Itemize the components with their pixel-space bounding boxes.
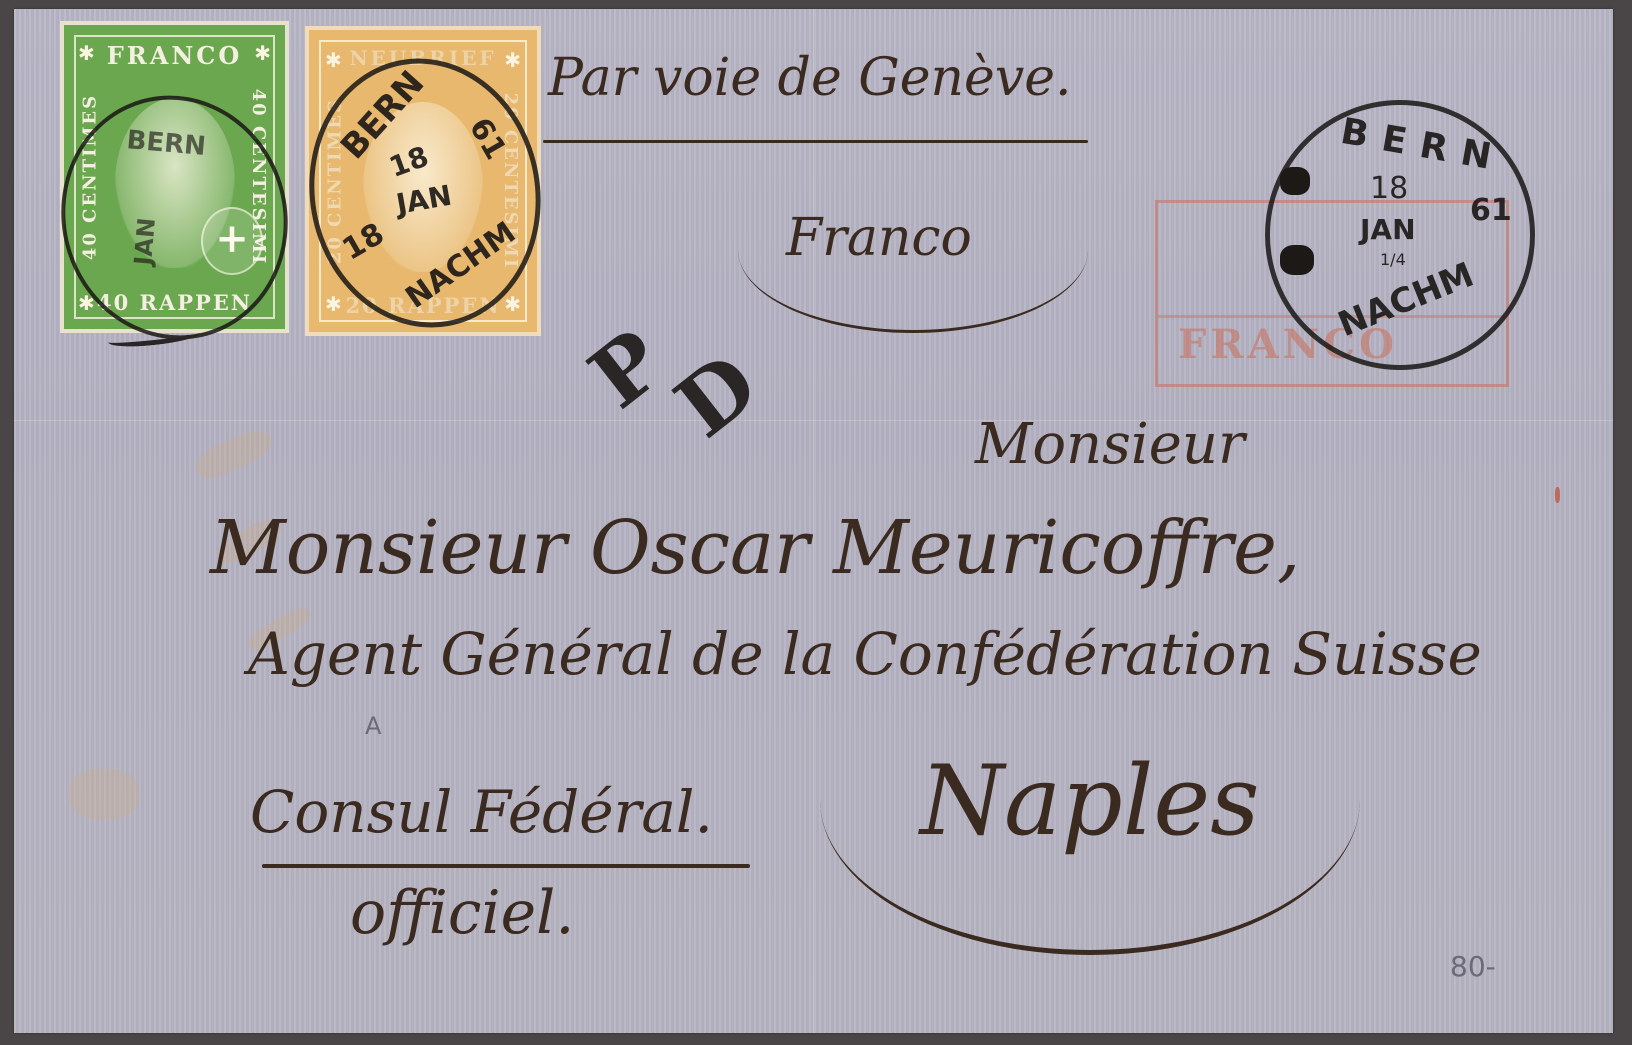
route-instruction: Par voie de Genève. xyxy=(548,48,1072,108)
addressee-line: Monsieur Oscar Meuricoffre, xyxy=(210,505,1300,591)
stain xyxy=(69,769,139,819)
postmark-day: 18 xyxy=(385,140,433,184)
postmark-month: JAN xyxy=(1360,213,1416,246)
postmark-day-2: 18 xyxy=(337,216,391,267)
stain xyxy=(191,424,276,485)
postmark-town: BERN xyxy=(125,125,207,162)
stamp-top-label: FRANCO xyxy=(64,41,285,70)
postmark-month: JAN xyxy=(129,217,161,267)
title-line: Agent Général de la Confédération Suisse xyxy=(248,620,1482,688)
postmark-hour: 1/4 xyxy=(1380,250,1406,269)
official-note: officiel. xyxy=(350,878,574,948)
salutation-top: Monsieur xyxy=(975,412,1245,477)
postmark-time: NACHM xyxy=(1333,255,1480,345)
pencil-mark: A xyxy=(365,712,381,740)
ink-blot xyxy=(1280,245,1314,275)
pencil-price: 80- xyxy=(1450,950,1496,983)
route-underline xyxy=(543,140,1088,143)
postmark-year: 61 xyxy=(462,112,513,166)
postmark-year: 61 xyxy=(1470,193,1512,228)
sender-underline xyxy=(262,864,750,868)
horizontal-fold xyxy=(14,420,1613,422)
postmark-day: 18 xyxy=(1370,171,1408,206)
postmark-month: JAN xyxy=(394,179,454,221)
ink-blot xyxy=(1280,167,1310,195)
postmark-right: BERN 18 JAN 61 1/4 NACHM xyxy=(1265,100,1535,370)
red-ink-spot xyxy=(1555,487,1560,503)
sender-line: Consul Fédéral. xyxy=(250,778,713,846)
